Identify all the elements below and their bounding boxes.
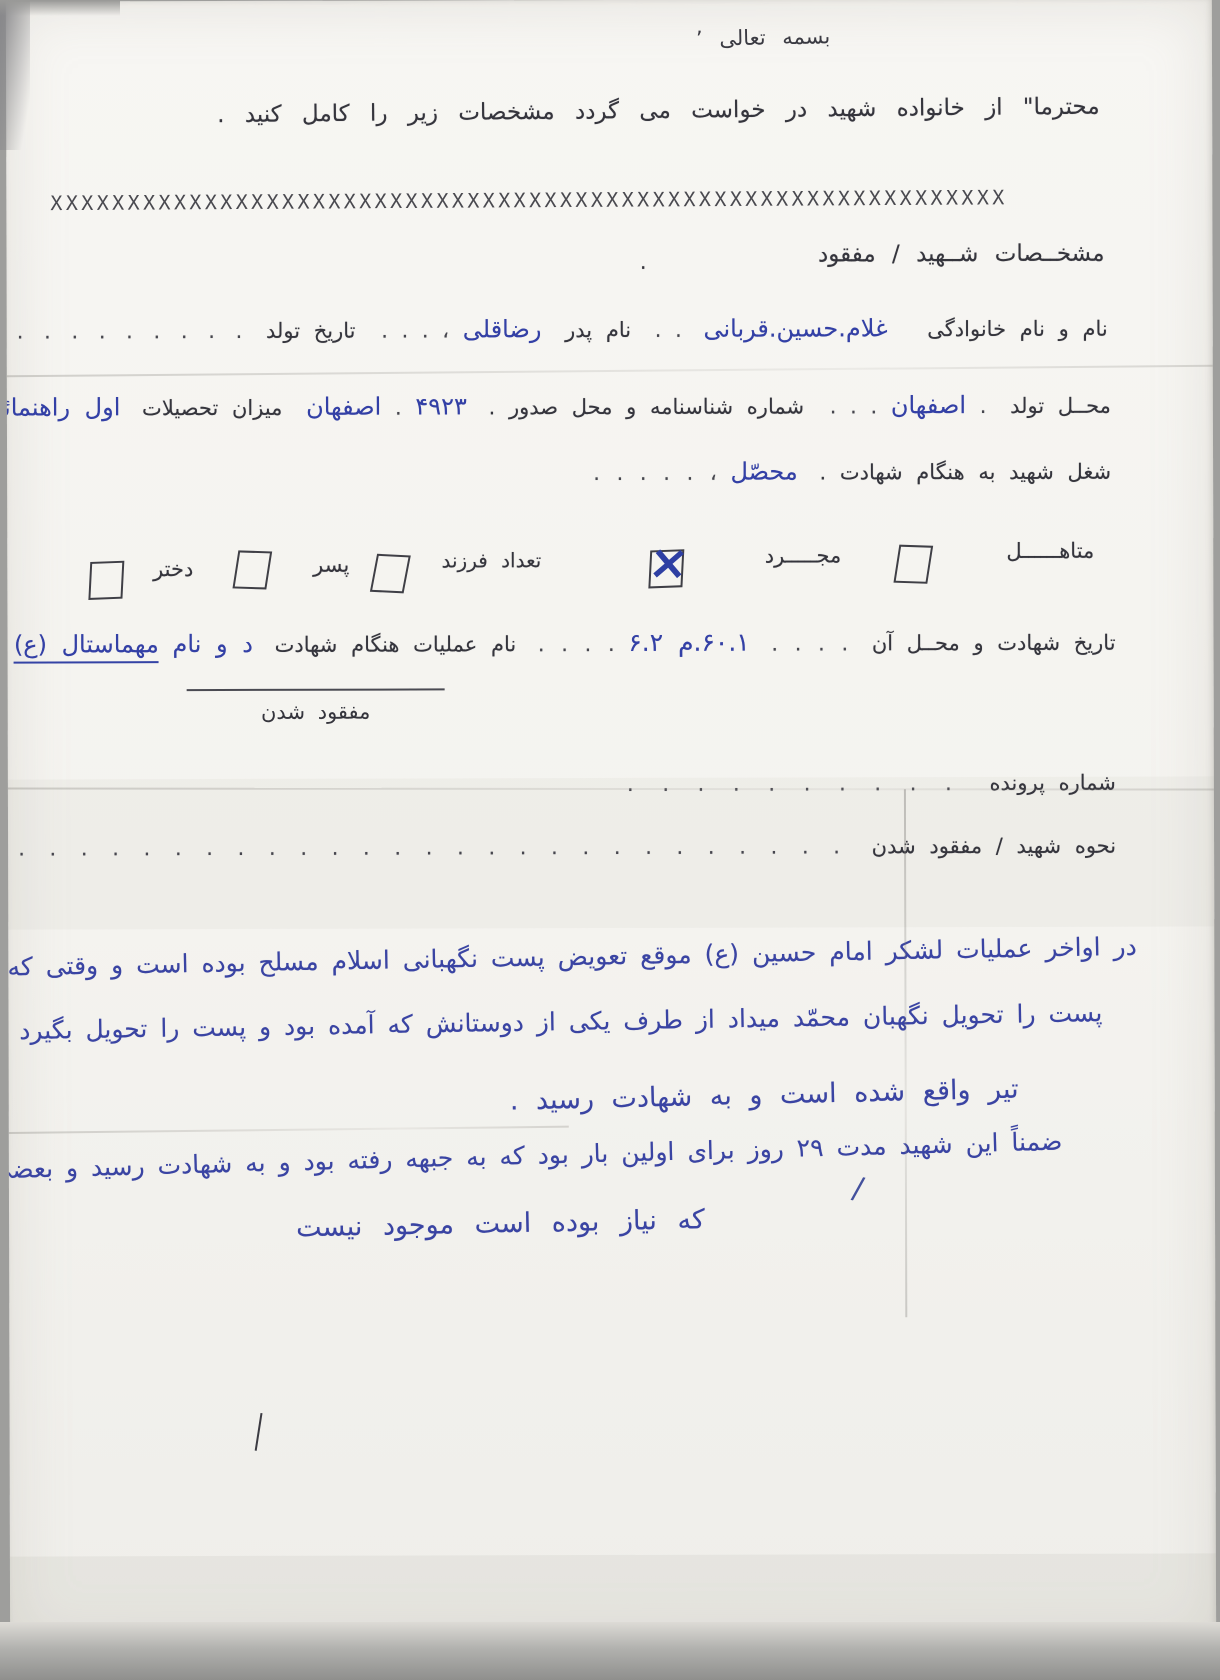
children-count-label: تعداد فرزند xyxy=(441,548,541,572)
id-sep-dot: . xyxy=(395,396,402,420)
checkbox-single: × xyxy=(648,549,684,588)
birth-place-dots: . . . xyxy=(830,394,877,418)
manner-row: نحوه شهید / مفقود شدن . . . . . . . . . … xyxy=(18,834,1116,861)
birth-date-label: تاریخ تولد xyxy=(266,319,356,343)
instruction-line: محترما" از خانواده شهید در خواست می گردد… xyxy=(218,94,1101,128)
stray-slash-mark: / xyxy=(849,1171,866,1207)
marital-single-label: مجـــــرد xyxy=(765,543,842,567)
scan-corner-shadow-top xyxy=(0,0,120,16)
marital-status-row: متاهــــــل مجـــــرد × تعداد فرزند پسر … xyxy=(7,534,1213,615)
checkbox-children xyxy=(370,554,411,594)
name-value: غلام.حسین.قربانی xyxy=(703,314,887,342)
scanned-form-page: { "colors": { "ink_blue": "#3340a6", "pr… xyxy=(0,0,1220,1680)
file-number-label: شماره پرونده xyxy=(989,771,1115,795)
checkbox-daughters xyxy=(88,561,124,600)
id-number-value: ۴۹۲۳ xyxy=(415,392,467,420)
education-value: اول راهنمائی xyxy=(6,393,121,421)
scan-corner-shadow xyxy=(0,0,30,150)
stray-pen-stroke xyxy=(255,1413,263,1451)
checkbox-sons xyxy=(232,550,272,589)
narrative-line-2: پست را تحویل نگهبان محمّد میداد از طرف ی… xyxy=(6,998,1103,1047)
missing-alternative-label: مفقود شدن xyxy=(187,688,445,724)
section-title: مشخــصات شــهید / مفقود xyxy=(818,241,1105,268)
note-line-2: که نیاز بوده است موجود نیست xyxy=(296,1204,705,1243)
occupation-row: شغل شهید به هنگام شهادت . محصّل ، . . . … xyxy=(593,457,1111,486)
daughters-label: دختر xyxy=(153,557,193,581)
name-dots: . . xyxy=(655,318,682,342)
marital-married-label: متاهــــــل xyxy=(1006,539,1094,563)
manner-label: نحوه شهید / مفقود شدن xyxy=(872,834,1116,859)
paper-sheet: بسمه تعالی ٬ محترما" از خانواده شهید در … xyxy=(6,0,1216,1648)
martyrdom-date-value: ۶۰.۱.م ۶.۲ xyxy=(628,628,749,657)
operation-name-value: د و نام xyxy=(172,630,252,658)
checkbox-married xyxy=(893,545,933,584)
birth-place-value: اصفهان xyxy=(891,391,966,419)
name-row: نام و نام خانوادگی غلام.حسین.قربانی . . … xyxy=(6,314,1108,345)
id-issue-place-value: اصفهان xyxy=(306,393,381,421)
section-title-dot: . xyxy=(640,250,647,274)
name-label: نام و نام خانوادگی xyxy=(927,317,1107,341)
martyrdom-dots-2: . . . . xyxy=(538,632,615,656)
operation-name-value-underlined: مهماستال (ع) xyxy=(14,630,159,663)
education-label: میزان تحصیلات xyxy=(142,396,282,420)
sons-label: پسر xyxy=(313,553,349,577)
martyrdom-date-label: تاریخ شهادت و محــل آن xyxy=(872,631,1116,656)
manner-dots: . . . . . . . . . . . . . . . . . . . . … xyxy=(18,834,840,860)
birth-place-label: محــل تولد xyxy=(1010,394,1111,418)
martyrdom-dots-1: . . . . xyxy=(771,631,848,655)
checkbox-single-x-mark: × xyxy=(646,538,692,587)
occupation-dots: ، . . . . . xyxy=(593,461,717,485)
birth-date-dots: . . . . . . . . . . xyxy=(6,319,242,344)
file-number-row: شماره پرونده . . . . . . . . . . xyxy=(627,771,1116,796)
x-separator-row: XXXXXXXXXXXXXXXXXXXXXXXXXXXXXXXXXXXXXXXX… xyxy=(50,185,1007,215)
martyrdom-row: تاریخ شهادت و محــل آن . . . . ۶۰.۱.م ۶.… xyxy=(14,627,1116,659)
occupation-value: محصّل xyxy=(730,458,797,486)
father-label: نام پدر xyxy=(565,318,631,342)
birth-place-pre-dot: . xyxy=(980,394,987,418)
horizontal-crease xyxy=(9,1126,569,1134)
operation-name-label: نام عملیات هنگام شهادت xyxy=(275,632,517,657)
bismillah-header: بسمه تعالی ٬ xyxy=(695,24,830,51)
father-value: رضاقلی xyxy=(463,315,542,343)
father-dots: ، . . . xyxy=(381,318,449,342)
occupation-label: شغل شهید به هنگام شهادت . xyxy=(819,460,1111,485)
horizontal-crease xyxy=(7,365,1213,378)
narrative-line-1: در اواخر عملیات لشکر امام حسین (ع) موقع … xyxy=(7,932,1137,982)
id-number-label: شماره شناسنامه و محل صدور . xyxy=(489,394,805,419)
birthplace-row: محــل تولد . اصفهان . . . شماره شناسنامه… xyxy=(6,391,1111,422)
scan-bottom-edge xyxy=(0,1622,1220,1680)
narrative-line-3: تیر واقع شده است و به شهادت رسید . xyxy=(509,1074,1019,1117)
